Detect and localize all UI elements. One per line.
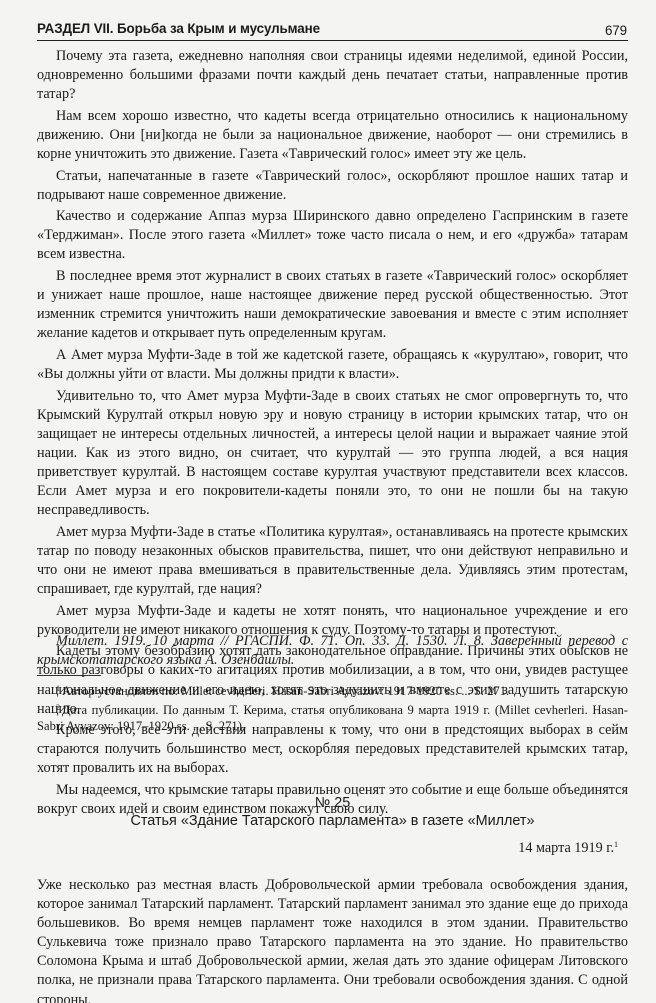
document-date: 14 марта 1919 г.1 [518,840,618,857]
source-citation: Миллет. 1919. 10 марта // РГАСПИ. Ф. 71.… [37,632,628,670]
paragraph: Амет мурза Муфти-Заде в статье «Политика… [37,523,628,599]
document-heading: № 25 Статья «Здание Татарского парламент… [37,794,628,830]
page-number: 679 [605,23,627,38]
document-title: Статья «Здание Татарского парламента» в … [37,812,628,830]
footnotes: 1Автор установлен по: Millet cevherleri.… [37,681,628,735]
footnote-text: Автор установлен по: Millet cevherleri. … [62,684,509,698]
paragraph: Качество и содержание Аппаз мурза Ширинс… [37,207,628,264]
section-title: РАЗДЕЛ VII. Борьба за Крым и мусульмане [37,21,320,36]
paragraph: А Амет мурза Муфти-Заде в той же кадетск… [37,346,628,384]
document-date-text: 14 марта 1919 г. [518,840,614,856]
footnote-text: Дата публикации. По данным Т. Керима, ст… [37,703,628,734]
document-number: № 25 [37,794,628,812]
paragraph: Статьи, напечатанные в газете «Таврическ… [37,167,628,205]
footnote: 1Автор установлен по: Millet cevherleri.… [37,681,628,700]
footnote-mark: 1 [614,840,618,849]
paragraph: Почему эта газета, ежедневно наполняя св… [37,47,628,104]
running-header: РАЗДЕЛ VII. Борьба за Крым и мусульмане … [37,20,628,41]
document-body: Уже несколько раз местная власть Доброво… [37,876,628,1003]
footnote: 2Дата публикации. По данным Т. Керима, с… [37,700,628,735]
footnote-mark: 2 [56,703,60,712]
paragraph: Уже несколько раз местная власть Доброво… [37,876,628,1003]
footnote-mark: 1 [56,684,60,693]
paragraph: Удивительно то, что Амет мурза Муфти-Зад… [37,387,628,521]
paragraph: В последнее время этот журналист в своих… [37,267,628,343]
paragraph: Нам всем хорошо известно, что кадеты все… [37,107,628,164]
footnote-divider [37,675,101,676]
